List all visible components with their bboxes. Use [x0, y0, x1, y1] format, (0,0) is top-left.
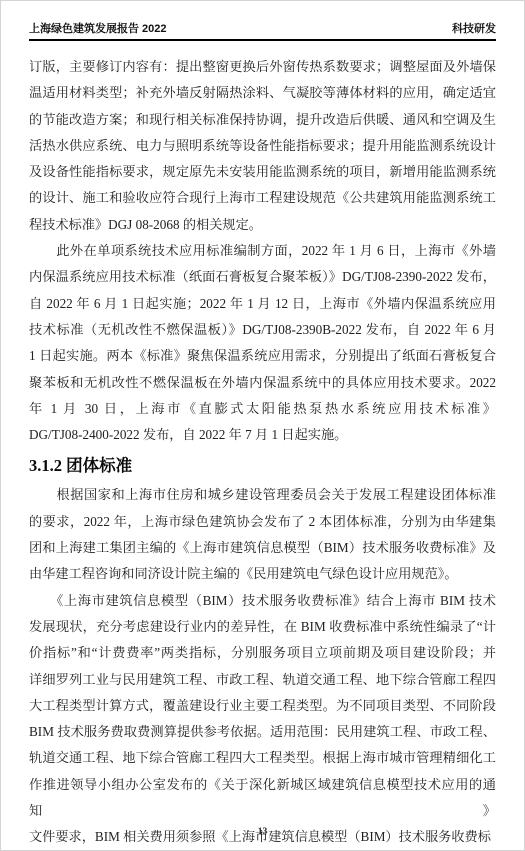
document-page: 上海绿色建筑发展报告 2022 科技研发 订版，主要修订内容有：提出整窗更换后外…: [0, 0, 525, 851]
text-line: 由华建工程咨询和同济设计院主编的《民用建筑电气绿色设计应用规范》。: [29, 561, 496, 587]
text-line: 的要求，2022 年，上海市绿色建筑协会发布了 2 本团体标准，分别为由华建集: [29, 509, 496, 535]
text-line: 详细罗列工业与民用建筑工程、市政工程、轨道交通工程、地下综合管廊工程四: [29, 667, 496, 693]
text-line: 此外在单项系统技术应用标准编制方面，2022 年 1 月 6 日，上海市《外墙: [29, 238, 496, 264]
page-footer: 13: [1, 827, 524, 837]
text-line: 程技术标准》DGJ 08-2068 的相关规定。: [29, 212, 496, 238]
text-line: 作推进领导小组办公室发布的《关于深化新城区域建筑信息模型技术应用的通知》: [29, 772, 496, 825]
text-line: 温适用材料类型；补充外墙反射隔热涂料、气凝胶等薄体材料的应用，确定适宜: [29, 80, 496, 106]
text-line: 发展现状，充分考虑建设行业内的差异性，在 BIM 收费标准中系统性编录了“计: [29, 614, 496, 640]
paragraph-bim-fee-standard: 《上海市建筑信息模型（BIM）技术服务收费标准》结合上海市 BIM 技术发展现状…: [29, 588, 496, 851]
paragraph-association-standards: 根据国家和上海市住房和城乡建设管理委员会关于发展工程建设团体标准的要求，2022…: [29, 482, 496, 587]
text-line: 活热水供应系统、电力与照明系统等设备性能指标要求；提升用能监测系统设计: [29, 133, 496, 159]
text-line: 的设计、施工和验收应符合现行上海市工程建设规范《公共建筑用能监测系统工: [29, 185, 496, 211]
paragraph-standards-revision: 订版，主要修订内容有：提出整窗更换后外窗传热系数要求；调整屋面及外墙保温适用材料…: [29, 54, 496, 238]
text-line: BIM 技术服务费取费测算提供参考依据。适用范围：民用建筑工程、市政工程、: [29, 719, 496, 745]
text-line: 自 2022 年 6 月 1 日起实施；2022 年 1 月 12 日，上海市《…: [29, 291, 496, 317]
page-number: 13: [258, 827, 268, 837]
paragraph-single-system-standards: 此外在单项系统技术应用标准编制方面，2022 年 1 月 6 日，上海市《外墙内…: [29, 238, 496, 448]
text-line: 大工程类型计算方式，覆盖建设行业主要工程类型。为不同项目类型、不同阶段: [29, 693, 496, 719]
text-line: 技术标准（无机改性不燃保温板）》DG/TJ08-2390B-2022 发布，自 …: [29, 317, 496, 343]
text-line: 1 日起实施。两本《标准》聚焦保温系统应用需求，分别提出了纸面石膏板复合: [29, 343, 496, 369]
text-line: 及设备性能指标要求，规定原先未安装用能监测系统的项目，新增用能监测系统: [29, 159, 496, 185]
text-line: 内保温系统应用技术标准（纸面石膏板复合聚苯板）》DG/TJ08-2390-202…: [29, 264, 496, 290]
text-line: 根据国家和上海市住房和城乡建设管理委员会关于发展工程建设团体标准: [29, 482, 496, 508]
text-line: DG/TJ08-2400-2022 发布，自 2022 年 7 月 1 日起实施…: [29, 422, 496, 448]
text-line: 订版，主要修订内容有：提出整窗更换后外窗传热系数要求；调整屋面及外墙保: [29, 54, 496, 80]
text-line: 团和上海建工集团主编的《上海市建筑信息模型（BIM）技术服务收费标准》及: [29, 535, 496, 561]
header-section-label: 科技研发: [452, 22, 496, 36]
header-report-title: 上海绿色建筑发展报告 2022: [29, 22, 167, 36]
text-line: 聚苯板和无机改性不燃保温板在外墙内保温系统中的具体应用技术要求。2022: [29, 370, 496, 396]
page-body: 订版，主要修订内容有：提出整窗更换后外窗传热系数要求；调整屋面及外墙保温适用材料…: [29, 54, 496, 851]
text-line: 的节能改造方案；和现行相关标准保持协调，提升改造后供暖、通风和空调及生: [29, 107, 496, 133]
page-header: 上海绿色建筑发展报告 2022 科技研发: [29, 22, 496, 41]
text-line: 《上海市建筑信息模型（BIM）技术服务收费标准》结合上海市 BIM 技术: [29, 588, 496, 614]
section-heading-group-standards: 3.1.2 团体标准: [29, 455, 496, 477]
text-line: 年 1 月 30 日，上海市《直膨式太阳能热泵热水系统应用技术标准》: [29, 396, 496, 422]
text-line: 轨道交通工程、地下综合管廊工程四大工程类型。根据上海市城市管理精细化工: [29, 745, 496, 771]
text-line: 价指标”和“计费费率”两类指标，分别服务项目立项前期及项目建设阶段；并: [29, 640, 496, 666]
